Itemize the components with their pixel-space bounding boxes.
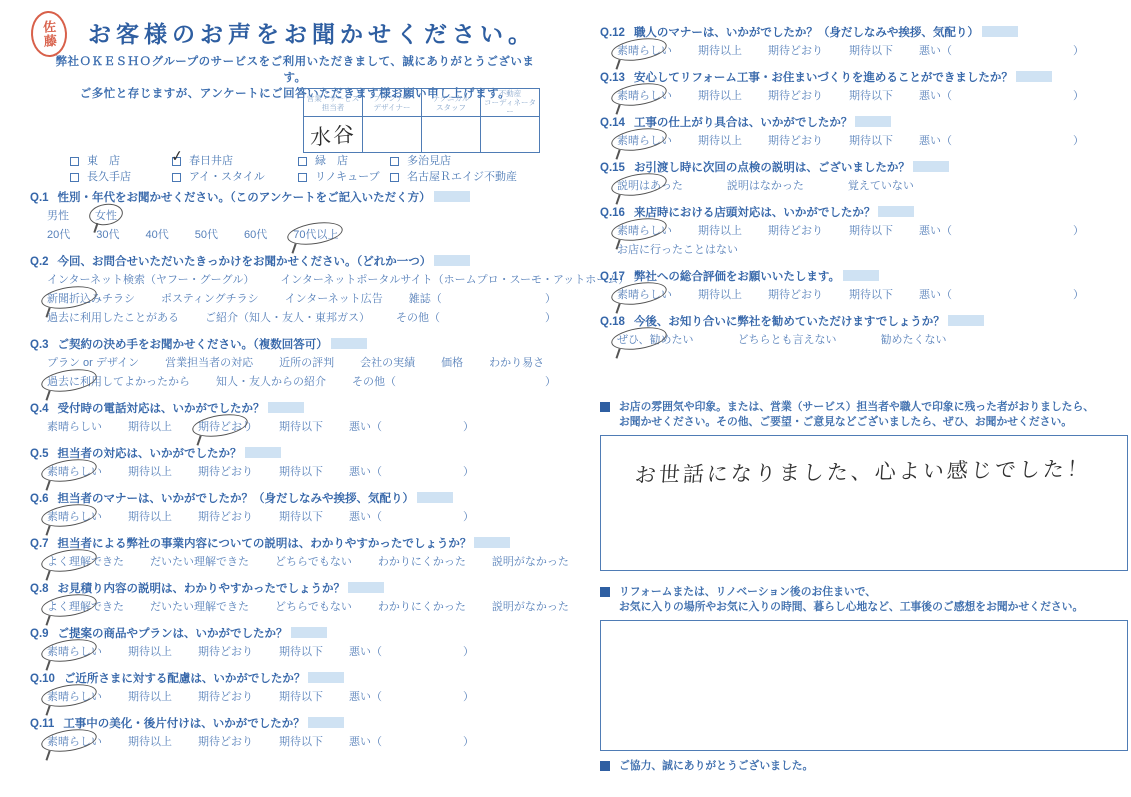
close-paren: ）	[463, 733, 474, 752]
answer-option: よく理解できた	[47, 553, 124, 572]
answer-option: 説明はなかった	[727, 177, 804, 196]
answer-option: その他（	[396, 309, 440, 328]
close-paren: ）	[463, 418, 474, 437]
checkbox-icon: ✓	[172, 157, 181, 166]
scanned-survey-page: 佐藤 お客様のお声をお聞かせください。 弊社ＯＫＥＳＨＯグループのサービスをご利…	[0, 0, 1131, 797]
option-row: 素晴らしい期待以上期待どおり期待以下悪い（）	[600, 222, 1128, 241]
store-label: 長久手店	[87, 169, 131, 185]
answer-option: 知人・友人からの紹介	[216, 373, 326, 392]
comment-heading-text: お店の雰囲気や印象。または、営業（サービス）担当者や職人で印象に残った者がおりま…	[619, 400, 1094, 415]
answer-option: 期待以上	[128, 688, 172, 707]
question-heading: Q.11工事中の美化・後片付けは、いかがでしたか？	[30, 716, 570, 733]
questions-column-left: Q.1性別・年代をお聞かせください。（このアンケートをご記入いただく方）男性女性…	[30, 190, 570, 761]
staff-table: 営業・サービス担当者プランナーデザイナーテクニカルスタッフ不動産コーディネーター…	[303, 88, 540, 153]
page-title: お客様のお声をお聞かせください。	[88, 16, 536, 49]
staff-column-header: 営業・サービス担当者	[304, 89, 363, 117]
answer-option: よく理解できた	[47, 598, 124, 617]
answer-option: 素晴らしい	[617, 286, 672, 305]
store-option: 緑 店	[298, 153, 390, 169]
option-row: ぜひ、勧めたいどちらとも言えない勧めたくない	[600, 331, 1128, 350]
answer-option: 価格	[441, 354, 463, 373]
hanko-stamp: 佐藤	[30, 10, 68, 58]
answer-option: 過去に利用してよかったから	[47, 373, 190, 392]
answer-option: 悪い（	[919, 42, 952, 61]
checkbox-icon	[172, 173, 181, 182]
question-number: Q.11	[30, 718, 54, 730]
answer-option: 期待以上	[698, 286, 742, 305]
answer-option: 悪い（	[349, 418, 382, 437]
store-label: 緑 店	[315, 153, 348, 169]
answer-option: インターネットポータルサイト（ホームプロ・スーモ・アットホーム）	[280, 271, 629, 290]
question-heading: Q.4受付時の電話対応は、いかがでしたか？	[30, 401, 570, 418]
question-q4: Q.4受付時の電話対応は、いかがでしたか？素晴らしい期待以上期待どおり期待以下悪…	[30, 401, 570, 437]
question-q18: Q.18今後、お知り合いに弊社を勧めていただけますでしょうか？ぜひ、勧めたいどち…	[600, 314, 1128, 350]
option-row: プラン or デザイン営業担当者の対応近所の評判会社の実績価格わかり易さ	[30, 354, 570, 373]
answer-option: 期待以上	[128, 418, 172, 437]
question-q17: Q.17弊社への総合評価をお願いいたします。素晴らしい期待以上期待どおり期待以下…	[600, 269, 1128, 305]
store-checkbox-group: 東 店✓春日井店緑 店多治見店長久手店アイ・スタイルリノキューブ名古屋Ｒエイジ不…	[70, 153, 517, 185]
store-option: 名古屋Ｒエイジ不動産	[390, 169, 517, 185]
answer-option: 覚えていない	[848, 177, 914, 196]
close-paren: ）	[1073, 87, 1084, 106]
option-row: 素晴らしい期待以上期待どおり期待以下悪い（）	[600, 87, 1128, 106]
option-row: 素晴らしい期待以上期待どおり期待以下悪い（）	[30, 643, 570, 662]
checkbox-icon	[298, 157, 307, 166]
option-row: インターネット検索（ヤフー・グーグル）インターネットポータルサイト（ホームプロ・…	[30, 271, 570, 290]
question-heading: Q.5担当者の対応は、いかがでしたか？	[30, 446, 570, 463]
question-number: Q.2	[30, 256, 49, 268]
answer-option: 素晴らしい	[47, 688, 102, 707]
answer-option: 期待以上	[128, 463, 172, 482]
staff-cell	[481, 117, 540, 153]
answer-option: 素晴らしい	[47, 733, 102, 752]
option-row: 20代30代40代50代60代70代以上	[30, 226, 570, 245]
question-title: 安心してリフォーム工事・お住まいづくりを進めることができましたか？	[634, 72, 1013, 84]
answer-option: 素晴らしい	[617, 222, 672, 241]
answer-option: 期待以上	[128, 643, 172, 662]
answer-option: 期待以下	[279, 463, 323, 482]
question-q15: Q.15お引渡し時に次回の点検の説明は、ございましたか？説明はあった説明はなかっ…	[600, 160, 1128, 196]
answer-option: 期待以下	[849, 222, 893, 241]
question-title: 工事の仕上がり具合は、いかがでしたか？	[634, 117, 853, 129]
answer-option: 期待以下	[279, 508, 323, 527]
question-number: Q.10	[30, 673, 55, 685]
question-q14: Q.14工事の仕上がり具合は、いかがでしたか？素晴らしい期待以上期待どおり期待以…	[600, 115, 1128, 151]
question-number: Q.12	[600, 27, 625, 39]
handwritten-comment: お世話になりました、心よい感じでした！	[634, 453, 1092, 489]
answer-option: どちらとも言えない	[738, 331, 837, 350]
option-row: 説明はあった説明はなかった覚えていない	[600, 177, 1128, 196]
answer-option: 素晴らしい	[47, 463, 102, 482]
answer-option: 期待以下	[279, 688, 323, 707]
square-bullet-icon	[600, 587, 610, 597]
answer-option: 悪い（	[919, 286, 952, 305]
store-label: 春日井店	[189, 153, 233, 169]
answer-option: 説明がなかった	[492, 598, 569, 617]
highlight-mark	[474, 537, 510, 548]
store-option: 多治見店	[390, 153, 517, 169]
answer-option: 期待以下	[279, 418, 323, 437]
comment-heading-line: リフォームまたは、リノベーション後のお住まいで、	[600, 585, 1128, 600]
question-title: お見積り内容の説明は、わかりやすかったでしょうか？	[58, 583, 346, 595]
comment-box: お世話になりました、心よい感じでした！	[600, 435, 1128, 571]
answer-option: 過去に利用したことがある	[47, 309, 179, 328]
answer-option: 悪い（	[919, 132, 952, 151]
question-number: Q.6	[30, 493, 49, 505]
answer-option: 期待どおり	[198, 733, 253, 752]
question-q10: Q.10ご近所さまに対する配慮は、いかがでしたか？素晴らしい期待以上期待どおり期…	[30, 671, 570, 707]
question-number: Q.8	[30, 583, 49, 595]
option-row: 素晴らしい期待以上期待どおり期待以下悪い（）	[30, 733, 570, 752]
answer-option: わかりにくかった	[378, 553, 466, 572]
answer-option: 期待以上	[128, 733, 172, 752]
question-title: 今後、お知り合いに弊社を勧めていただけますでしょうか？	[634, 316, 945, 328]
question-title: 来店時における店頭対応は、いかがでしたか？	[634, 207, 876, 219]
answer-option: 悪い（	[349, 643, 382, 662]
answer-option: 悪い（	[349, 508, 382, 527]
answer-option: ポスティングチラシ	[161, 290, 259, 309]
question-heading: Q.3ご契約の決め手をお聞かせください。（複数回答可）	[30, 337, 570, 354]
close-paren: ）	[1073, 222, 1084, 241]
answer-option: 期待どおり	[198, 508, 253, 527]
answer-option: 悪い（	[349, 463, 382, 482]
answer-option: 近所の評判	[279, 354, 334, 373]
comment-section: リフォームまたは、リノベーション後のお住まいで、お気に入りの場所やお気に入りの時…	[600, 585, 1128, 751]
question-title: 担当者のマナーは、いかがでしたか？（身だしなみや挨拶、気配り）	[58, 493, 415, 505]
comment-heading-text: お聞かせください。その他、ご要望・ご意見などございましたら、ぜひ、お聞かせくださ…	[619, 415, 1072, 430]
store-label: 名古屋Ｒエイジ不動産	[407, 169, 517, 185]
question-heading: Q.16来店時における店頭対応は、いかがでしたか？	[600, 205, 1128, 222]
question-number: Q.1	[30, 192, 49, 204]
square-bullet-icon	[600, 761, 610, 771]
question-number: Q.17	[600, 271, 625, 283]
option-row: 新聞折込みチラシポスティングチラシインターネット広告雑誌（）	[30, 290, 570, 309]
question-heading: Q.10ご近所さまに対する配慮は、いかがでしたか？	[30, 671, 570, 688]
answer-option: 期待以上	[698, 42, 742, 61]
staff-cell: 水谷	[304, 117, 363, 153]
question-title: 担当者の対応は、いかがでしたか？	[58, 448, 242, 460]
staff-header-line: スタッフ	[422, 103, 480, 112]
highlight-mark	[1016, 71, 1052, 82]
question-number: Q.13	[600, 72, 625, 84]
question-heading: Q.1性別・年代をお聞かせください。（このアンケートをご記入いただく方）	[30, 190, 570, 207]
answer-option: 期待どおり	[198, 463, 253, 482]
question-title: 職人のマナーは、いかがでしたか？（身だしなみや挨拶、気配り）	[634, 27, 979, 39]
option-row: 男性女性	[30, 207, 570, 226]
question-q7: Q.7担当者による弊社の事業内容についての説明は、わかりやすかったでしょうか？よ…	[30, 536, 570, 572]
question-title: ご近所さまに対する配慮は、いかがでしたか？	[64, 673, 306, 685]
answer-option: 雑誌（	[409, 290, 442, 309]
comment-box	[600, 620, 1128, 751]
checkbox-icon	[390, 173, 399, 182]
question-number: Q.16	[600, 207, 625, 219]
question-title: 受付時の電話対応は、いかがでしたか？	[58, 403, 265, 415]
highlight-mark	[308, 717, 344, 728]
answer-option: 70代以上	[293, 226, 338, 245]
answer-option: 悪い（	[349, 688, 382, 707]
staff-cell	[363, 117, 422, 153]
answer-option: 悪い（	[349, 733, 382, 752]
question-heading: Q.12職人のマナーは、いかがでしたか？（身だしなみや挨拶、気配り）	[600, 25, 1128, 42]
answer-option: 期待どおり	[198, 688, 253, 707]
question-number: Q.3	[30, 339, 49, 351]
answer-option: 期待以下	[849, 286, 893, 305]
question-q6: Q.6担当者のマナーは、いかがでしたか？（身だしなみや挨拶、気配り）素晴らしい期…	[30, 491, 570, 527]
highlight-mark	[434, 255, 470, 266]
answer-option: 期待どおり	[768, 87, 823, 106]
answer-option: 期待以上	[698, 132, 742, 151]
option-row: 素晴らしい期待以上期待どおり期待以下悪い（）	[30, 418, 570, 437]
close-paren: ）	[463, 688, 474, 707]
staff-header-line: コーディネーター	[481, 98, 539, 116]
question-q1: Q.1性別・年代をお聞かせください。（このアンケートをご記入いただく方）男性女性…	[30, 190, 570, 245]
answer-option: 期待以下	[849, 132, 893, 151]
option-row: 素晴らしい期待以上期待どおり期待以下悪い（）	[600, 132, 1128, 151]
staff-header-line: プランナー	[363, 94, 421, 103]
question-heading: Q.17弊社への総合評価をお願いいたします。	[600, 269, 1128, 286]
highlight-mark	[268, 402, 304, 413]
question-q9: Q.9ご提案の商品やプランは、いかがでしたか？素晴らしい期待以上期待どおり期待以…	[30, 626, 570, 662]
highlight-mark	[948, 315, 984, 326]
highlight-mark	[348, 582, 384, 593]
answer-option: 40代	[146, 226, 169, 245]
answer-option: だいたい理解できた	[150, 598, 249, 617]
answer-option: 期待以下	[849, 42, 893, 61]
answer-option: 素晴らしい	[47, 508, 102, 527]
question-q11: Q.11工事中の美化・後片付けは、いかがでしたか？素晴らしい期待以上期待どおり期…	[30, 716, 570, 752]
option-row: よく理解できただいたい理解できたどちらでもないわかりにくかった説明がなかった	[30, 553, 570, 572]
answer-option: 期待どおり	[768, 132, 823, 151]
close-paren: ）	[463, 643, 474, 662]
answer-option: 会社の実績	[360, 354, 415, 373]
staff-column-header: 不動産コーディネーター	[481, 89, 540, 117]
checkbox-icon	[390, 157, 399, 166]
answer-option: 期待以上	[128, 508, 172, 527]
checkbox-icon	[298, 173, 307, 182]
highlight-mark	[855, 116, 891, 127]
close-paren: ）	[463, 463, 474, 482]
question-number: Q.7	[30, 538, 49, 550]
highlight-mark	[331, 338, 367, 349]
question-number: Q.4	[30, 403, 49, 415]
comment-heading-text: お気に入りの場所やお気に入りの時間、暮らし心地など、工事後のご感想をお聞かせくだ…	[619, 600, 1083, 615]
option-row: 素晴らしい期待以上期待どおり期待以下悪い（）	[30, 463, 570, 482]
staff-column-header: プランナーデザイナー	[363, 89, 422, 117]
close-paren: ）	[1073, 132, 1084, 151]
square-bullet-icon	[600, 402, 610, 412]
answer-option: 素晴らしい	[617, 42, 672, 61]
answer-option: 男性	[47, 207, 69, 226]
store-option: 東 店	[70, 153, 172, 169]
answer-option: 期待どおり	[768, 286, 823, 305]
store-label: リノキューブ	[315, 169, 380, 185]
question-heading: Q.2今回、お問合せいただいたきっかけをお聞かせください。（どれか一つ）	[30, 254, 570, 271]
answer-option: 悪い（	[919, 222, 952, 241]
question-q2: Q.2今回、お問合せいただいたきっかけをお聞かせください。（どれか一つ）インター…	[30, 254, 570, 328]
question-q12: Q.12職人のマナーは、いかがでしたか？（身だしなみや挨拶、気配り）素晴らしい期…	[600, 25, 1128, 61]
answer-option: 説明はあった	[617, 177, 683, 196]
option-row: 素晴らしい期待以上期待どおり期待以下悪い（）	[30, 688, 570, 707]
question-heading: Q.14工事の仕上がり具合は、いかがでしたか？	[600, 115, 1128, 132]
option-row: 素晴らしい期待以上期待どおり期待以下悪い（）	[600, 286, 1128, 305]
option-row: よく理解できただいたい理解できたどちらでもないわかりにくかった説明がなかった	[30, 598, 570, 617]
answer-option: 60代	[244, 226, 267, 245]
close-paren: ）	[1073, 42, 1084, 61]
answer-option: 期待どおり	[768, 42, 823, 61]
highlight-mark	[434, 191, 470, 202]
answer-option: 素晴らしい	[617, 87, 672, 106]
option-row: お店に行ったことはない	[600, 241, 1128, 260]
answer-option: 20代	[47, 226, 70, 245]
closing-line: ご協力、誠にありがとうございました。	[600, 759, 1128, 774]
answer-option: どちらでもない	[275, 598, 352, 617]
question-q3: Q.3ご契約の決め手をお聞かせください。（複数回答可）プラン or デザイン営業…	[30, 337, 570, 392]
highlight-mark	[878, 206, 914, 217]
answer-option: プラン or デザイン	[47, 354, 139, 373]
question-heading: Q.13安心してリフォーム工事・お住まいづくりを進めることができましたか？	[600, 70, 1128, 87]
answer-option: インターネット検索（ヤフー・グーグル）	[47, 271, 254, 290]
option-row: 素晴らしい期待以上期待どおり期待以下悪い（）	[600, 42, 1128, 61]
highlight-mark	[913, 161, 949, 172]
question-number: Q.15	[600, 162, 625, 174]
checkbox-icon	[70, 173, 79, 182]
answer-option: インターネット広告	[285, 290, 383, 309]
highlight-mark	[843, 270, 879, 281]
highlight-mark	[417, 492, 453, 503]
comment-heading-line: お聞かせください。その他、ご要望・ご意見などございましたら、ぜひ、お聞かせくださ…	[600, 415, 1128, 430]
question-heading: Q.8お見積り内容の説明は、わかりやすかったでしょうか？	[30, 581, 570, 598]
store-option: アイ・スタイル	[172, 169, 298, 185]
question-title: 担当者による弊社の事業内容についての説明は、わかりやすかったでしょうか？	[58, 538, 472, 550]
comment-section: お店の雰囲気や印象。または、営業（サービス）担当者や職人で印象に残った者がおりま…	[600, 400, 1128, 571]
checkbox-icon	[70, 157, 79, 166]
staff-header-line: デザイナー	[363, 103, 421, 112]
answer-option: 新聞折込みチラシ	[47, 290, 135, 309]
question-number: Q.9	[30, 628, 49, 640]
answer-option: 素晴らしい	[47, 418, 102, 437]
handwritten-staff-name: 水谷	[310, 117, 356, 151]
close-paren: ）	[545, 373, 556, 392]
questions-column-right: Q.12職人のマナーは、いかがでしたか？（身だしなみや挨拶、気配り）素晴らしい期…	[600, 25, 1128, 774]
question-heading: Q.9ご提案の商品やプランは、いかがでしたか？	[30, 626, 570, 643]
close-paren: ）	[463, 508, 474, 527]
question-number: Q.14	[600, 117, 625, 129]
answer-option: だいたい理解できた	[150, 553, 249, 572]
store-row: 東 店✓春日井店緑 店多治見店	[70, 153, 517, 169]
answer-option: お店に行ったことはない	[617, 241, 738, 260]
answer-option: 素晴らしい	[47, 643, 102, 662]
question-title: 今回、お問合せいただいたきっかけをお聞かせください。（どれか一つ）	[58, 256, 432, 268]
answer-option: 営業担当者の対応	[165, 354, 253, 373]
store-option: ✓春日井店	[172, 153, 298, 169]
answer-option: 期待以下	[849, 87, 893, 106]
stamp-text: 佐藤	[39, 20, 59, 49]
question-number: Q.18	[600, 316, 625, 328]
question-q8: Q.8お見積り内容の説明は、わかりやすかったでしょうか？よく理解できただいたい理…	[30, 581, 570, 617]
staff-column-header: テクニカルスタッフ	[422, 89, 481, 117]
store-label: 東 店	[87, 153, 120, 169]
question-title: 工事中の美化・後片付けは、いかがでしたか？	[63, 718, 305, 730]
answer-option: 期待以上	[698, 87, 742, 106]
answer-option: ご紹介（知人・友人・東邦ガス）	[205, 309, 370, 328]
answer-option: わかりにくかった	[378, 598, 466, 617]
question-title: 性別・年代をお聞かせください。（このアンケートをご記入いただく方）	[58, 192, 431, 204]
answer-option: 期待以下	[279, 643, 323, 662]
answer-option: 勧めたくない	[881, 331, 947, 350]
answer-option: 期待以下	[279, 733, 323, 752]
closing-text: ご協力、誠にありがとうございました。	[619, 759, 813, 774]
option-row: 過去に利用したことがあるご紹介（知人・友人・東邦ガス）その他（）	[30, 309, 570, 328]
store-option: リノキューブ	[298, 169, 390, 185]
close-paren: ）	[1073, 286, 1084, 305]
staff-header-line: テクニカル	[422, 94, 480, 103]
option-row: 素晴らしい期待以上期待どおり期待以下悪い（）	[30, 508, 570, 527]
store-option: 長久手店	[70, 169, 172, 185]
answer-option: どちらでもない	[275, 553, 352, 572]
answer-option: わかり易さ	[489, 354, 544, 373]
staff-header-line: 営業・サービス	[304, 94, 362, 103]
answer-option: 女性	[95, 207, 117, 226]
answer-option: 期待以上	[698, 222, 742, 241]
close-paren: ）	[545, 309, 556, 328]
answer-option: 期待どおり	[768, 222, 823, 241]
question-number: Q.5	[30, 448, 49, 460]
answer-option: 説明がなかった	[492, 553, 569, 572]
answer-option: 期待どおり	[198, 418, 253, 437]
answer-option: 素晴らしい	[617, 132, 672, 151]
question-title: ご契約の決め手をお聞かせください。（複数回答可）	[58, 339, 328, 351]
question-title: 弊社への総合評価をお願いいたします。	[634, 271, 840, 283]
comment-heading-line: お店の雰囲気や印象。または、営業（サービス）担当者や職人で印象に残った者がおりま…	[600, 400, 1128, 415]
question-title: ご提案の商品やプランは、いかがでしたか？	[58, 628, 288, 640]
close-paren: ）	[545, 290, 556, 309]
question-title: お引渡し時に次回の点検の説明は、ございましたか？	[634, 162, 910, 174]
answer-option: 期待どおり	[198, 643, 253, 662]
highlight-mark	[291, 627, 327, 638]
answer-option: 悪い（	[919, 87, 952, 106]
store-row: 長久手店アイ・スタイルリノキューブ名古屋Ｒエイジ不動産	[70, 169, 517, 185]
question-heading: Q.6担当者のマナーは、いかがでしたか？（身だしなみや挨拶、気配り）	[30, 491, 570, 508]
highlight-mark	[982, 26, 1018, 37]
staff-header-line: 不動産	[481, 89, 539, 98]
question-q13: Q.13安心してリフォーム工事・お住まいづくりを進めることができましたか？素晴ら…	[600, 70, 1128, 106]
question-heading: Q.7担当者による弊社の事業内容についての説明は、わかりやすかったでしょうか？	[30, 536, 570, 553]
answer-option: 50代	[195, 226, 218, 245]
comment-heading-text: リフォームまたは、リノベーション後のお住まいで、	[619, 585, 876, 600]
question-heading: Q.18今後、お知り合いに弊社を勧めていただけますでしょうか？	[600, 314, 1128, 331]
greeting-line-1: 弊社ＯＫＥＳＨＯグループのサービスをご利用いただきまして、誠にありがとうございま…	[50, 54, 540, 86]
store-label: 多治見店	[407, 153, 451, 169]
answer-option: その他（	[352, 373, 396, 392]
handwritten-checkmark: ✓	[170, 148, 185, 166]
question-heading: Q.15お引渡し時に次回の点検の説明は、ございましたか？	[600, 160, 1128, 177]
staff-header-line: 担当者	[304, 103, 362, 112]
highlight-mark	[308, 672, 344, 683]
answer-option: 30代	[96, 226, 119, 245]
question-q16: Q.16来店時における店頭対応は、いかがでしたか？素晴らしい期待以上期待どおり期…	[600, 205, 1128, 260]
highlight-mark	[245, 447, 281, 458]
question-q5: Q.5担当者の対応は、いかがでしたか？素晴らしい期待以上期待どおり期待以下悪い（…	[30, 446, 570, 482]
option-row: 過去に利用してよかったから知人・友人からの紹介その他（）	[30, 373, 570, 392]
comment-heading-line: お気に入りの場所やお気に入りの時間、暮らし心地など、工事後のご感想をお聞かせくだ…	[600, 600, 1128, 615]
answer-option: ぜひ、勧めたい	[617, 331, 694, 350]
store-label: アイ・スタイル	[189, 169, 265, 185]
staff-cell	[422, 117, 481, 153]
